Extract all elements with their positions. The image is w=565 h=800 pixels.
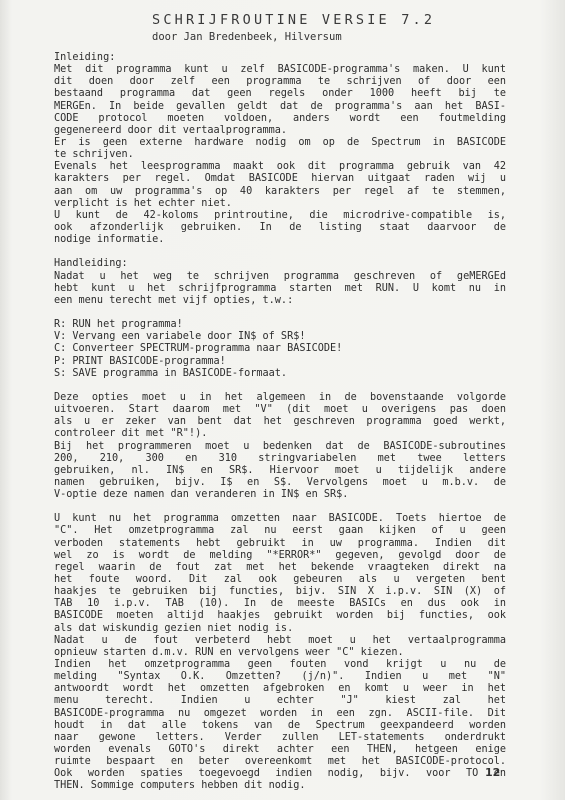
text-line: nodige informatie.: [54, 234, 506, 246]
text-line: Bij het programmeren moet u bedenken dat…: [54, 441, 506, 453]
text-line: TAB 10 i.p.v. TAB (10). In de meeste BAS…: [54, 598, 506, 610]
text-line: opnieuw starten d.m.v. RUN en vervolgens…: [54, 647, 506, 659]
text-line: worden evenals GOTO's direkt achter een …: [54, 744, 506, 756]
text-line: Ook worden spaties toegevoegd indien nod…: [54, 768, 506, 780]
text-line: gebruiken, nl. IN$ en SR$. Hiervoor moet…: [54, 465, 506, 477]
text-line: hebt kunt u het schrijfprogramma starten…: [54, 283, 506, 295]
text-line: MERGEn. In beide gevallen geldt dat de p…: [54, 101, 506, 113]
text-line: naar gewone letters. Verder zullen LET-s…: [54, 732, 506, 744]
text-line: Nadat u de fout verbeterd hebt moet u he…: [54, 635, 506, 647]
text-line: ruimte bespaart en beter overeenkomt met…: [54, 756, 506, 768]
document-body: Inleiding: Met dit programma kunt u zelf…: [54, 52, 506, 793]
text-line: gegenereerd door dit vertaalprogramma.: [54, 125, 506, 137]
section-handleiding: Handleiding: Nadat u het weg te schrijve…: [54, 258, 506, 307]
text-line: melding "Syntax O.K. Omzetten? (j/n)". I…: [54, 671, 506, 683]
text-line: namen gebruiken, bijv. I$ en S$. Vervolg…: [54, 477, 506, 489]
text-line: verboden statements hebt gebruikt in uw …: [54, 538, 506, 550]
text-line: R: RUN het programma!: [54, 319, 506, 331]
text-line: Met dit programma kunt u zelf BASICODE-p…: [54, 64, 506, 76]
text-line: CODE protocol moeten voldoen, anders wor…: [54, 113, 506, 125]
text-line: U kunt de 42-koloms printroutine, die mi…: [54, 210, 506, 222]
text-line: aan om uw programma's op 40 karakters pe…: [54, 186, 506, 198]
text-line: 200, 210, 300 en 310 stringvariabelen me…: [54, 453, 506, 465]
text-line: THEN. Sommige computers hebben dit nodig…: [54, 780, 506, 792]
text-line: ook afzonderlijk gebruiken. In de listin…: [54, 222, 506, 234]
text-line: uitvoeren. Start daarom met "V" (dit moe…: [54, 404, 506, 416]
section-heading: Handleiding:: [54, 258, 506, 270]
paragraph-convert: U kunt nu het programma omzetten naar BA…: [54, 513, 506, 792]
text-line: V: Vervang een variabele door IN$ of SR$…: [54, 331, 506, 343]
menu-options-list: R: RUN het programma!V: Vervang een vari…: [54, 319, 506, 380]
text-line: regel waarin de fout zat met het bekende…: [54, 562, 506, 574]
paragraph-options: Deze opties moet u in het algemeen in de…: [54, 392, 506, 501]
text-line: BASICODE-programma nu omgezet worden in …: [54, 708, 506, 720]
text-line: "C". Het omzetprogramma zal nu eerst gaa…: [54, 525, 506, 537]
inleiding-lines: Met dit programma kunt u zelf BASICODE-p…: [54, 64, 506, 246]
document-author: door Jan Bredenbeek, Hilversum: [152, 31, 342, 43]
text-line: Indien het omzetprogramma geen fouten vo…: [54, 659, 506, 671]
text-line: een menu terecht met vijf opties, t.w.:: [54, 295, 506, 307]
text-line: haakjes te gebruiken bij functies, bijv.…: [54, 586, 506, 598]
text-line: verplicht is het echter niet.: [54, 198, 506, 210]
text-line: karakters per regel. Omdat BASICODE hier…: [54, 173, 506, 185]
section-inleiding: Inleiding: Met dit programma kunt u zelf…: [54, 52, 506, 246]
text-line: P: PRINT BASICODE-programma!: [54, 356, 506, 368]
text-line: C: Converteer SPECTRUM-programma naar BA…: [54, 343, 506, 355]
document-title: SCHRIJFROUTINE VERSIE 7.2: [152, 12, 435, 28]
section-heading: Inleiding:: [54, 52, 506, 64]
text-line: Evenals het leesprogramma maakt ook dit …: [54, 161, 506, 173]
text-line: Er is geen externe hardware nodig om op …: [54, 137, 506, 149]
text-line: S: SAVE programma in BASICODE-formaat.: [54, 368, 506, 380]
scanned-page: SCHRIJFROUTINE VERSIE 7.2 door Jan Brede…: [0, 0, 565, 800]
text-line: menu terecht. Indien u echter "J" kiest …: [54, 695, 506, 707]
text-line: antwoordt wordt het omzetten afgebroken …: [54, 683, 506, 695]
text-line: bestaand programma dat geen regels onder…: [54, 88, 506, 100]
text-line: U kunt nu het programma omzetten naar BA…: [54, 513, 506, 525]
text-line: het foute woord. Dit zal ook gebeuren al…: [54, 574, 506, 586]
text-line: dit doen door zelf een programma te schr…: [54, 76, 506, 88]
text-line: te schrijven.: [54, 149, 506, 161]
text-line: houdt in dat alle tokens van de Spectrum…: [54, 720, 506, 732]
page-number: 12: [485, 766, 500, 779]
text-line: wel zo is wordt de melding "*ERROR*" geg…: [54, 550, 506, 562]
text-line: als u er zeker van bent dat het geschrev…: [54, 416, 506, 428]
handleiding-lines: Nadat u het weg te schrijven programma g…: [54, 271, 506, 307]
text-line: controleer dit met "R"!).: [54, 428, 506, 440]
text-line: Nadat u het weg te schrijven programma g…: [54, 271, 506, 283]
text-line: Deze opties moet u in het algemeen in de…: [54, 392, 506, 404]
text-line: V-optie deze namen dan veranderen in IN$…: [54, 489, 506, 501]
text-line: als dat wiskundig gezien niet nodig is.: [54, 623, 506, 635]
text-line: BASICODE moeten altijd haakjes gebruikt …: [54, 610, 506, 622]
